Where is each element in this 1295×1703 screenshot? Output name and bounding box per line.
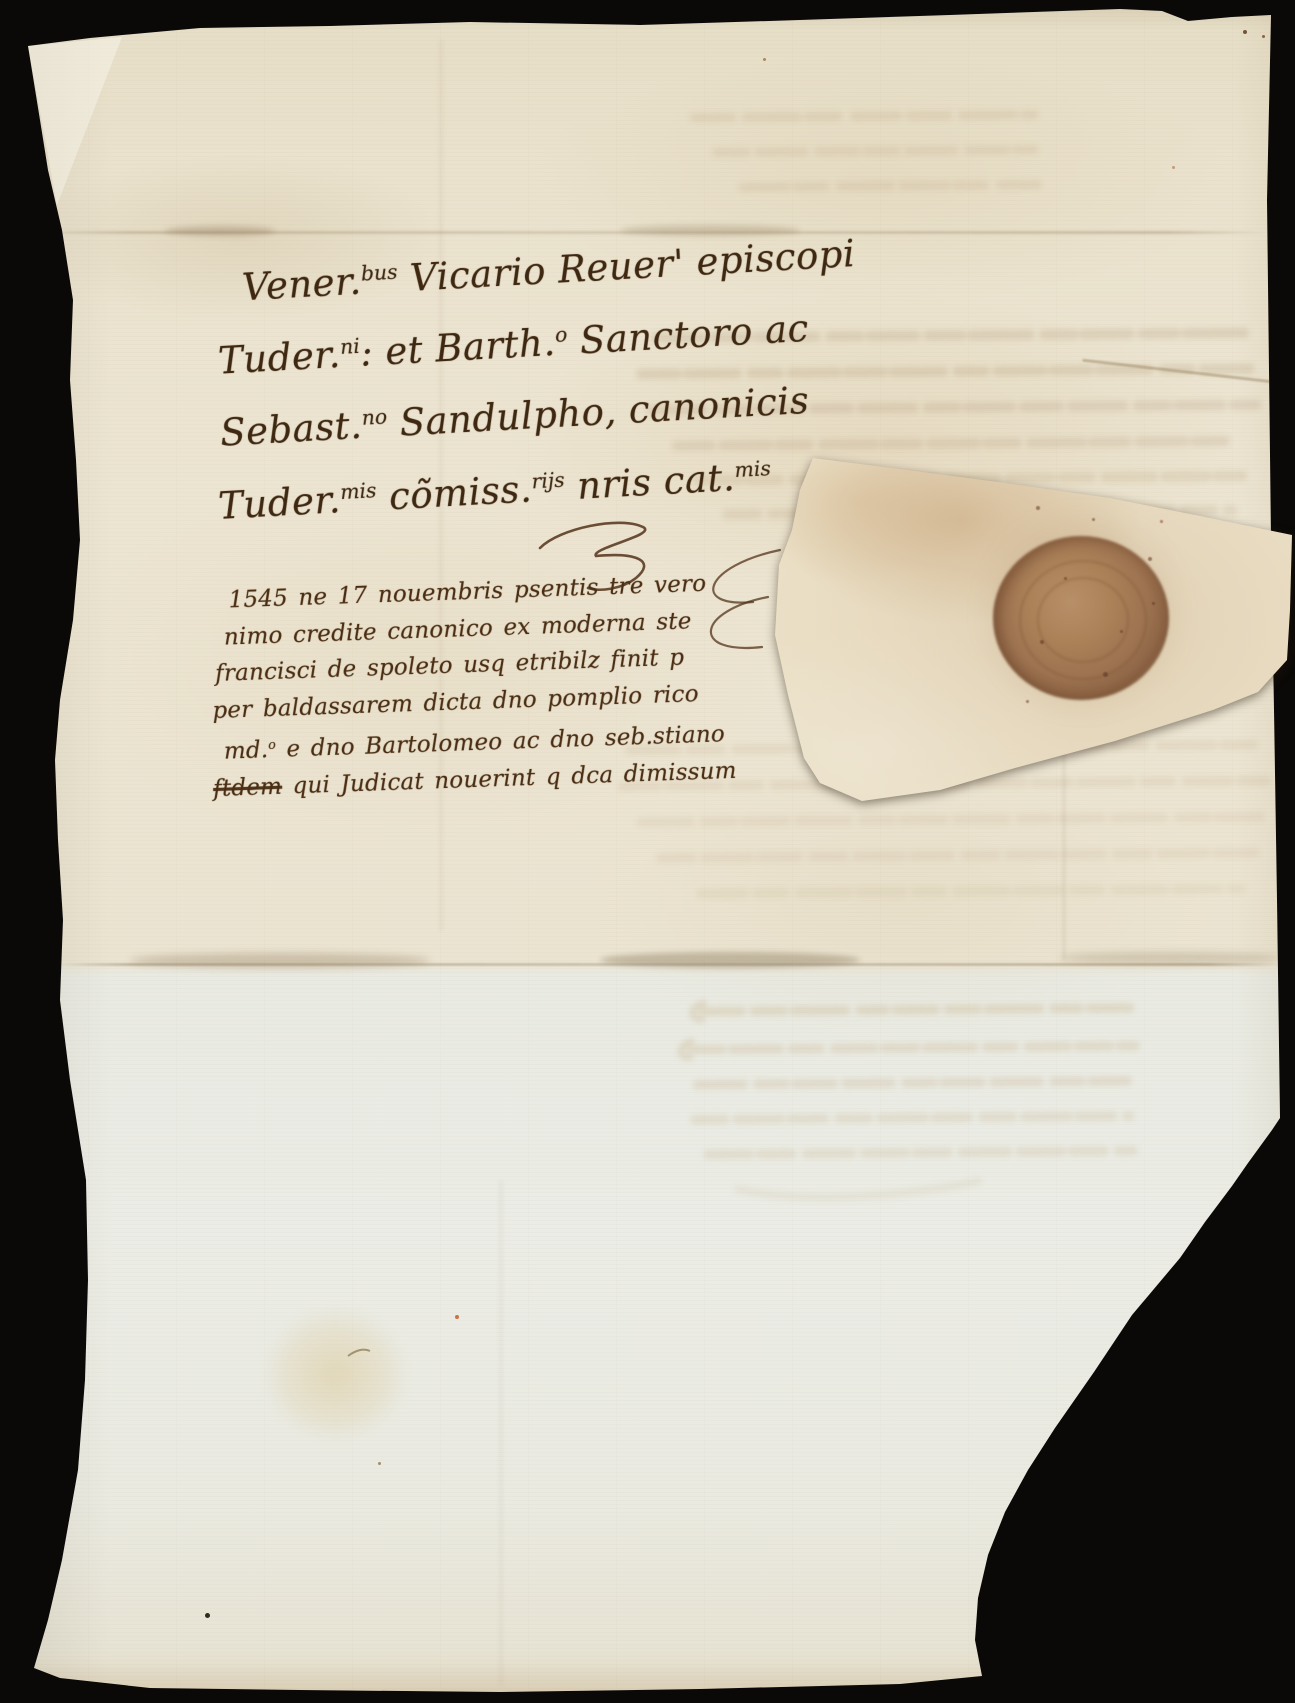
seal-speck	[1040, 640, 1044, 644]
seal-speck	[1036, 506, 1040, 510]
seal-speck	[1160, 520, 1163, 523]
seal-flap-wrap	[0, 0, 1295, 1703]
seal-speck	[1064, 577, 1067, 580]
seal-speck	[1152, 602, 1155, 605]
seal-speck	[1092, 518, 1095, 521]
seal-speck	[1120, 630, 1123, 633]
seal-speck	[1103, 672, 1108, 677]
seal-ring	[1037, 577, 1129, 663]
seal-speck	[1026, 700, 1029, 703]
scan-background: Vener.bus Vicario Reuer' episcopiTuder.n…	[0, 0, 1295, 1703]
seal-speck	[1148, 557, 1152, 561]
seal-flap	[0, 0, 1295, 1703]
